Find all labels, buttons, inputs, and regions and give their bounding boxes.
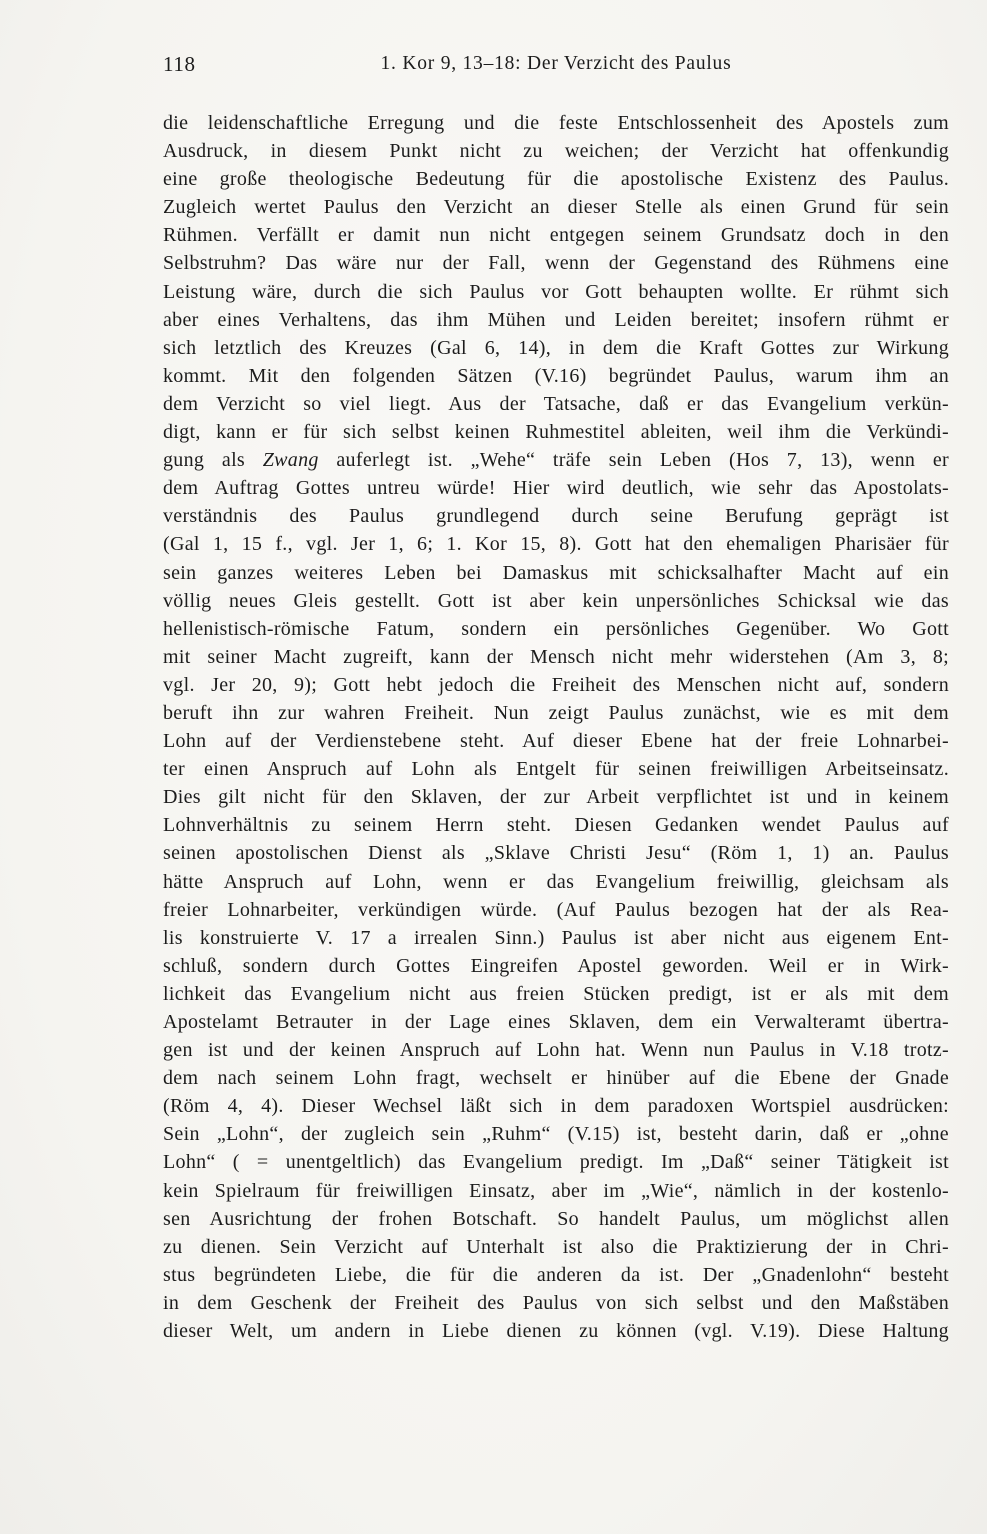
line-text: dem Auftrag Gottes untreu würde! Hier wi…	[163, 477, 949, 505]
line-text: Rühmen. Verfällt er damit nun nicht entg…	[163, 224, 949, 252]
line-text: digt, kann er für sich selbst keinen Ruh…	[163, 421, 949, 449]
line-text: gen ist und der keinen Anspruch auf Lohn…	[163, 1039, 949, 1067]
line-text: sein ganzes weiteres Leben bei Damaskus …	[163, 562, 949, 590]
text-line: dem nach seinem Lohn fragt, wechselt er …	[163, 1067, 949, 1095]
line-text: lichkeit das Evangelium nicht aus freien…	[163, 983, 949, 1011]
text-line: vgl. Jer 20, 9); Gott hebt jedoch die Fr…	[163, 674, 949, 702]
line-text: sich letztlich des Kreuzes (Gal 6, 14), …	[163, 337, 949, 365]
text-line: mit seiner Macht zugreift, kann der Mens…	[163, 646, 949, 674]
text-line: völlig neues Gleis gestellt. Gott ist ab…	[163, 590, 949, 618]
line-text: beruft ihn zur wahren Freiheit. Nun zeig…	[163, 702, 949, 730]
text-line: die leidenschaftliche Erregung und die f…	[163, 112, 949, 140]
line-text: Sein „Lohn“, der zugleich sein „Ruhm“ (V…	[163, 1123, 949, 1151]
page-header: 118 1. Kor 9, 13–18: Der Verzicht des Pa…	[163, 52, 949, 80]
text-line: Rühmen. Verfällt er damit nun nicht entg…	[163, 224, 949, 252]
line-text: freier Lohnarbeiter, verkündigen würde. …	[163, 899, 949, 927]
text-line: digt, kann er für sich selbst keinen Ruh…	[163, 421, 949, 449]
text-line: lichkeit das Evangelium nicht aus freien…	[163, 983, 949, 1011]
line-text: in dem Geschenk der Freiheit des Paulus …	[163, 1292, 949, 1320]
text-line: Leistung wäre, durch die sich Paulus vor…	[163, 281, 949, 309]
body-text: die leidenschaftliche Erregung und die f…	[163, 112, 949, 1348]
line-text: Zugleich wertet Paulus den Verzicht an d…	[163, 196, 949, 224]
text-line: in dem Geschenk der Freiheit des Paulus …	[163, 1292, 949, 1320]
text-line: dieser Welt, um andern in Liebe dienen z…	[163, 1320, 949, 1348]
line-text: lis konstruierte V. 17 a irrealen Sinn.)…	[163, 927, 949, 955]
line-text: kein Spielraum für freiwilligen Einsatz,…	[163, 1180, 949, 1208]
text-line: 16kommt. Mit den folgenden Sätzen (V.16)…	[163, 365, 949, 393]
line-text: Selbstruhm? Das wäre nur der Fall, wenn …	[163, 252, 949, 280]
text-line: gung als Zwang auferlegt ist. „Wehe“ trä…	[163, 449, 949, 477]
text-line: lis konstruierte V. 17 a irrealen Sinn.)…	[163, 927, 949, 955]
line-text: zu dienen. Sein Verzicht auf Unterhalt i…	[163, 1236, 949, 1264]
text-line: ter einen Anspruch auf Lohn als Entgelt …	[163, 758, 949, 786]
text-line: zu dienen. Sein Verzicht auf Unterhalt i…	[163, 1236, 949, 1264]
line-text: eine große theologische Bedeutung für di…	[163, 168, 949, 196]
text-line: verständnis des Paulus grundlegend durch…	[163, 505, 949, 533]
line-text: (Gal 1, 15 f., vgl. Jer 1, 6; 1. Kor 15,…	[163, 533, 949, 561]
line-text: vgl. Jer 20, 9); Gott hebt jedoch die Fr…	[163, 674, 949, 702]
text-line: sich letztlich des Kreuzes (Gal 6, 14), …	[163, 337, 949, 365]
text-line: stus begründeten Liebe, die für die ande…	[163, 1264, 949, 1292]
text-line: hellenistisch-römische Fatum, sondern ei…	[163, 618, 949, 646]
line-text: verständnis des Paulus grundlegend durch…	[163, 505, 949, 533]
line-text: völlig neues Gleis gestellt. Gott ist ab…	[163, 590, 949, 618]
line-text: Ausdruck, in diesem Punkt nicht zu weich…	[163, 140, 949, 168]
text-line: schluß, sondern durch Gottes Eingreifen …	[163, 955, 949, 983]
text-line: Selbstruhm? Das wäre nur der Fall, wenn …	[163, 252, 949, 280]
line-text: mit seiner Macht zugreift, kann der Mens…	[163, 646, 949, 674]
line-text: seinen apostolischen Dienst als „Sklave …	[163, 842, 949, 870]
line-text: die leidenschaftliche Erregung und die f…	[163, 112, 949, 140]
text-line: Lohnverhältnis zu seinem Herrn steht. Di…	[163, 814, 949, 842]
text-line: Dies gilt nicht für den Sklaven, der zur…	[163, 786, 949, 814]
line-text: ter einen Anspruch auf Lohn als Entgelt …	[163, 758, 949, 786]
text-line: dem Auftrag Gottes untreu würde! Hier wi…	[163, 477, 949, 505]
text-line: kein Spielraum für freiwilligen Einsatz,…	[163, 1180, 949, 1208]
text-line: Zugleich wertet Paulus den Verzicht an d…	[163, 196, 949, 224]
line-text: hellenistisch-römische Fatum, sondern ei…	[163, 618, 949, 646]
text-line: Sein „Lohn“, der zugleich sein „Ruhm“ (V…	[163, 1123, 949, 1151]
line-text: (Röm 4, 4). Dieser Wechsel läßt sich in …	[163, 1095, 949, 1123]
line-text: Lohn auf der Verdienstebene steht. Auf d…	[163, 730, 949, 758]
text-line: dem Verzicht so viel liegt. Aus der Tats…	[163, 393, 949, 421]
text-line: seinen apostolischen Dienst als „Sklave …	[163, 842, 949, 870]
text-line: freier Lohnarbeiter, verkündigen würde. …	[163, 899, 949, 927]
line-text: stus begründeten Liebe, die für die ande…	[163, 1264, 949, 1292]
text-line: aber eines Verhaltens, das ihm Mühen und…	[163, 309, 949, 337]
text-line: 17beruft ihn zur wahren Freiheit. Nun ze…	[163, 702, 949, 730]
line-text: kommt. Mit den folgenden Sätzen (V.16) b…	[163, 365, 949, 393]
text-line: sen Ausrichtung der frohen Botschaft. So…	[163, 1208, 949, 1236]
text-line: sein ganzes weiteres Leben bei Damaskus …	[163, 562, 949, 590]
line-text: hätte Anspruch auf Lohn, wenn er das Eva…	[163, 871, 949, 899]
line-text: Leistung wäre, durch die sich Paulus vor…	[163, 281, 949, 309]
line-text: Dies gilt nicht für den Sklaven, der zur…	[163, 786, 949, 814]
line-text: sen Ausrichtung der frohen Botschaft. So…	[163, 1208, 949, 1236]
text-line: eine große theologische Bedeutung für di…	[163, 168, 949, 196]
text-line: Ausdruck, in diesem Punkt nicht zu weich…	[163, 140, 949, 168]
line-text: aber eines Verhaltens, das ihm Mühen und…	[163, 309, 949, 337]
book-page: 118 1. Kor 9, 13–18: Der Verzicht des Pa…	[0, 0, 987, 1534]
line-text: dem nach seinem Lohn fragt, wechselt er …	[163, 1067, 949, 1095]
line-text: schluß, sondern durch Gottes Eingreifen …	[163, 955, 949, 983]
line-text: dem Verzicht so viel liegt. Aus der Tats…	[163, 393, 949, 421]
line-text: Lohn“ ( = unentgeltlich) das Evangelium …	[163, 1151, 949, 1179]
text-line: 18gen ist und der keinen Anspruch auf Lo…	[163, 1039, 949, 1067]
line-text: Apostelamt Betrauter in der Lage eines S…	[163, 1011, 949, 1039]
text-line: hätte Anspruch auf Lohn, wenn er das Eva…	[163, 871, 949, 899]
text-line: (Gal 1, 15 f., vgl. Jer 1, 6; 1. Kor 15,…	[163, 533, 949, 561]
line-text: gung als Zwang auferlegt ist. „Wehe“ trä…	[163, 449, 949, 477]
text-line: (Röm 4, 4). Dieser Wechsel läßt sich in …	[163, 1095, 949, 1123]
text-line: Lohn“ ( = unentgeltlich) das Evangelium …	[163, 1151, 949, 1179]
line-text: dieser Welt, um andern in Liebe dienen z…	[163, 1320, 949, 1348]
running-title: 1. Kor 9, 13–18: Der Verzicht des Paulus	[163, 53, 949, 75]
text-line: Lohn auf der Verdienstebene steht. Auf d…	[163, 730, 949, 758]
text-line: Apostelamt Betrauter in der Lage eines S…	[163, 1011, 949, 1039]
line-text: Lohnverhältnis zu seinem Herrn steht. Di…	[163, 814, 949, 842]
